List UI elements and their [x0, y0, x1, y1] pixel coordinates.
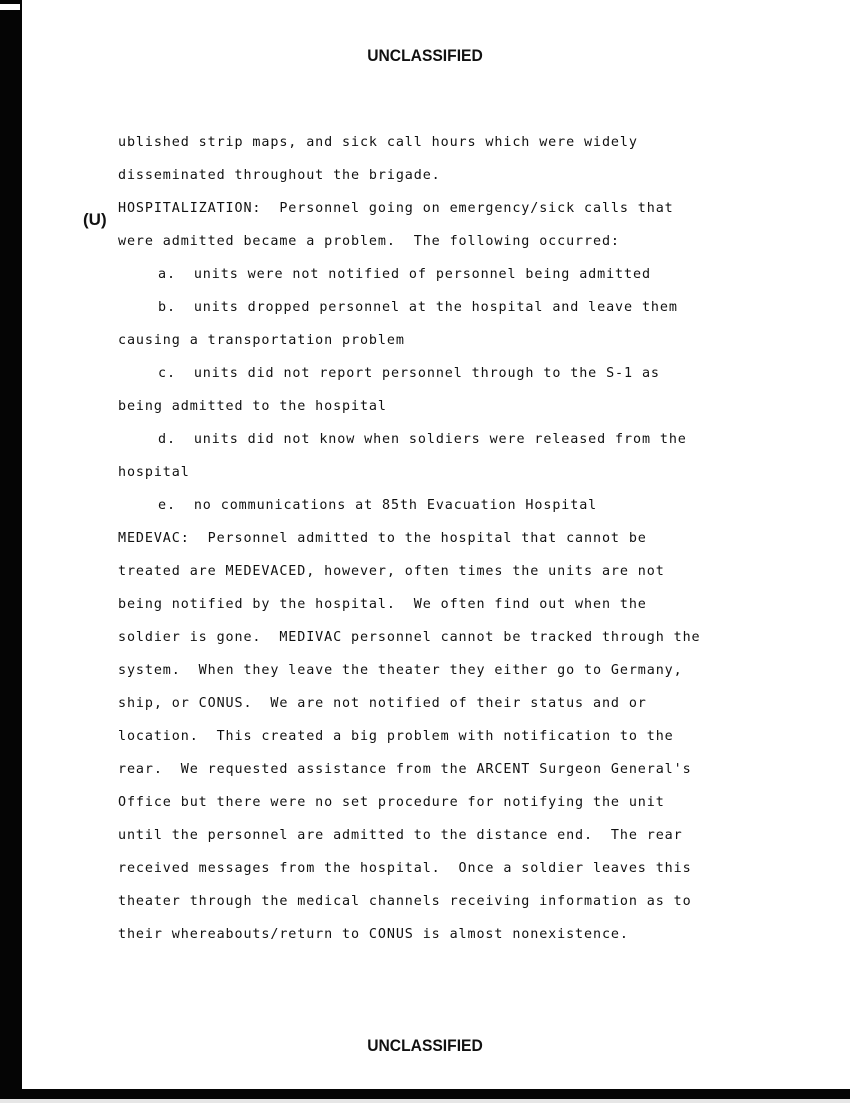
body-line: location. This created a big problem wit… [118, 729, 674, 745]
portion-marking: (U) [83, 210, 107, 230]
list-item-b-continued: causing a transportation problem [118, 333, 405, 349]
scan-edge-notch [0, 4, 20, 10]
scan-left-edge-bar [0, 0, 22, 1103]
body-line: being notified by the hospital. We often… [118, 597, 647, 613]
list-item-b: b. units dropped personnel at the hospit… [158, 300, 678, 316]
list-item-c-continued: being admitted to the hospital [118, 399, 387, 415]
list-item-c: c. units did not report personnel throug… [158, 366, 660, 382]
section-heading-hospitalization: HOSPITALIZATION: Personnel going on emer… [118, 201, 674, 217]
body-line: ship, or CONUS. We are not notified of t… [118, 696, 647, 712]
body-line: treated are MEDEVACED, however, often ti… [118, 564, 665, 580]
list-item-d: d. units did not know when soldiers were… [158, 432, 687, 448]
body-line: until the personnel are admitted to the … [118, 828, 683, 844]
body-line: system. When they leave the theater they… [118, 663, 683, 679]
body-line: received messages from the hospital. Onc… [118, 861, 692, 877]
list-item-d-continued: hospital [118, 465, 190, 481]
body-line: were admitted became a problem. The foll… [118, 234, 620, 250]
list-item-a: a. units were not notified of personnel … [158, 267, 651, 283]
body-line: theater through the medical channels rec… [118, 894, 692, 910]
body-line: rear. We requested assistance from the A… [118, 762, 692, 778]
classification-header: UNCLASSIFIED [34, 46, 816, 66]
body-line: Office but there were no set procedure f… [118, 795, 665, 811]
section-heading-medevac: MEDEVAC: Personnel admitted to the hospi… [118, 531, 647, 547]
classification-footer: UNCLASSIFIED [34, 1036, 816, 1056]
body-line: their whereabouts/return to CONUS is alm… [118, 927, 629, 943]
body-line: ublished strip maps, and sick call hours… [118, 135, 638, 151]
body-line: soldier is gone. MEDIVAC personnel canno… [118, 630, 701, 646]
list-item-e: e. no communications at 85th Evacuation … [158, 498, 597, 514]
body-line: disseminated throughout the brigade. [118, 168, 441, 184]
scan-bottom-edge-bar [0, 1089, 850, 1099]
scan-bottom-strip [0, 1099, 850, 1103]
